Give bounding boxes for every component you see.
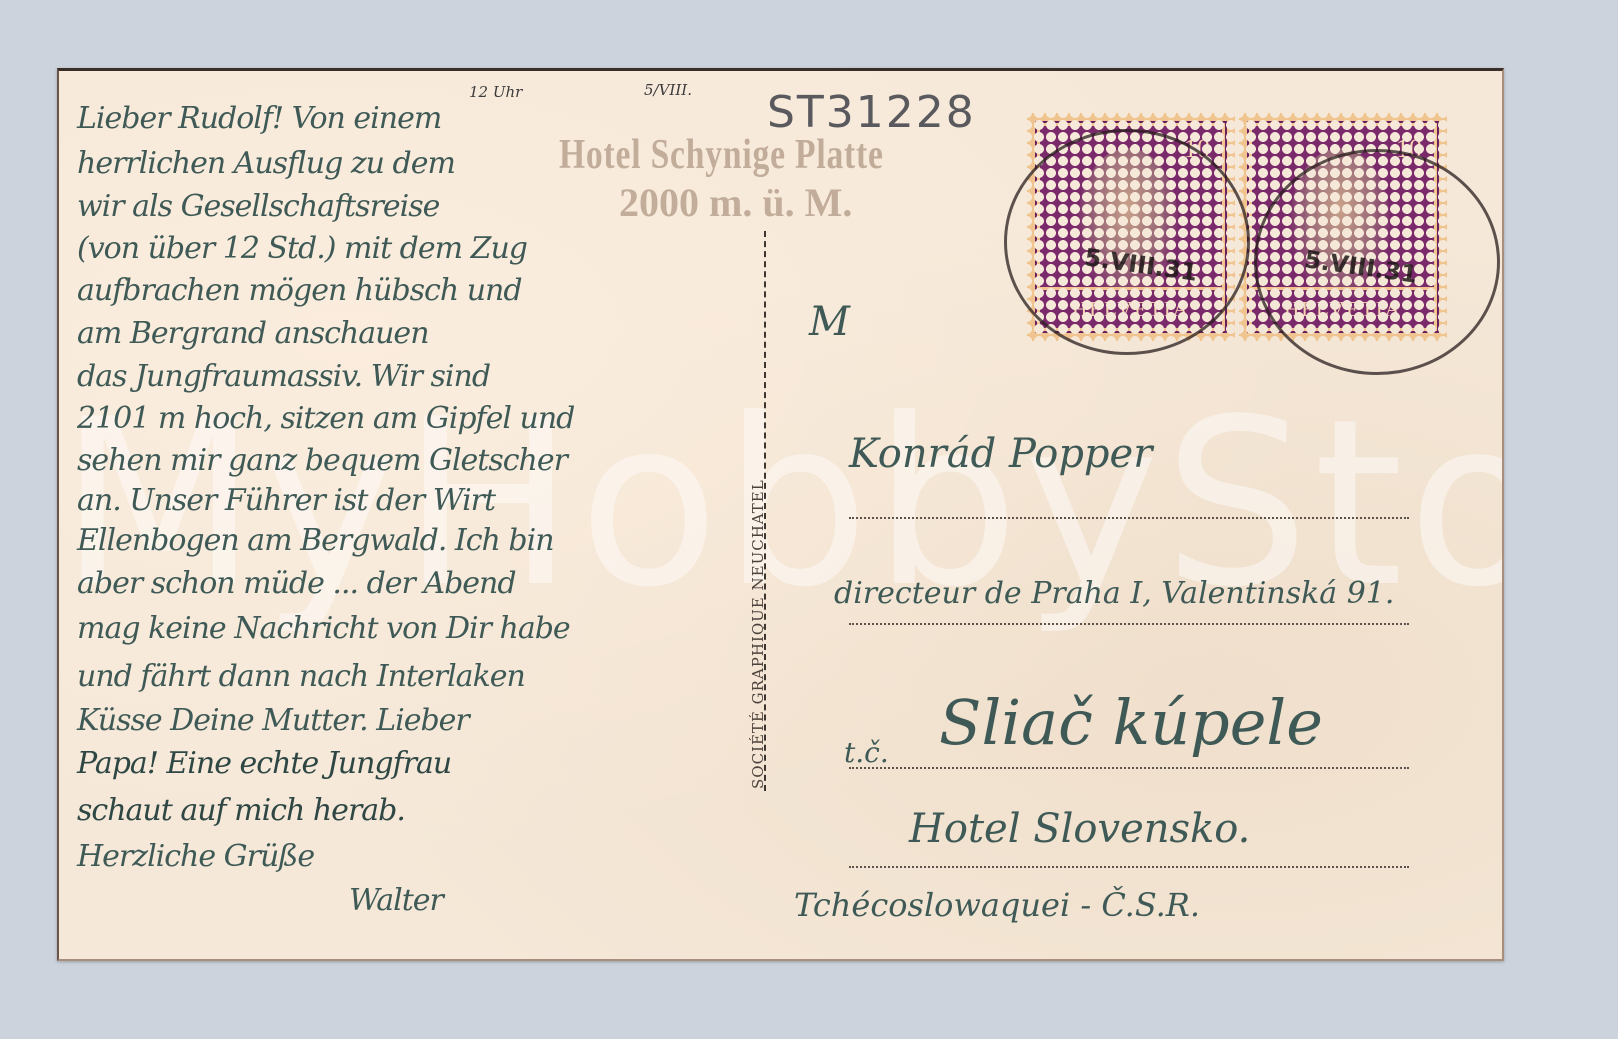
address-rule [849,517,1409,519]
message-line: an. Unser Führer ist der Wirt [77,483,495,518]
address-country: Tchécoslowaquei - Č.S.R. [794,886,1200,924]
message-line: aber schon müde ... der Abend [77,566,516,601]
message-line: und fährt dann nach Interlaken [77,659,525,694]
printer-imprint: SOCIÉTÉ GRAPHIQUE NEUCHATEL [749,479,767,789]
address-name: Konrád Popper [849,431,1152,477]
pencil-note-time: 12 Uhr [469,83,522,101]
address-line-2: directeur de Praha I, Valentinská 91. [834,576,1394,611]
message-line: herrlichen Ausflug zu dem [77,146,455,181]
address-line-3-prefix: t.č. [844,736,889,769]
address-city: Sliač kúpele [939,686,1323,759]
signature: Walter [349,883,443,918]
address-salutation: M [809,299,850,345]
message-line: schaut auf mich herab. [77,793,405,828]
message-line: mag keine Nachricht von Dir habe [77,611,570,646]
message-line: das Jungfraumassiv. Wir sind [77,359,490,394]
address-rule [849,767,1409,769]
address-rule [849,866,1409,868]
message-line: sehen mir ganz bequem Gletscher [77,443,567,478]
message-line: Papa! Eine echte Jungfrau [77,746,451,781]
message-line: aufbrachen mögen hübsch und [77,273,522,308]
pencil-note-date: 5/VIII. [644,81,692,99]
message-line: 2101 m hoch, sitzen am Gipfel und [77,401,574,436]
reference-number: ST31228 [767,87,976,138]
address-rule [849,623,1409,625]
hotel-stamp: Hotel Schynige Platte 2000 m. ü. M. [559,131,965,226]
message-line: wir als Gesellschaftsreise [77,189,439,224]
message-line: Lieber Rudolf! Von einem [77,101,441,136]
message-line: Küsse Deine Mutter. Lieber [77,703,469,738]
address-hotel: Hotel Slovensko. [909,806,1250,852]
message-line: Herzliche Grüße [77,839,314,874]
message-line: Ellenbogen am Bergwald. Ich bin [77,523,554,558]
postcard: MyHobbyStore Hotel Schynige Platte 2000 … [57,68,1504,961]
postmark-circle [1004,129,1250,355]
message-line: am Bergrand anschauen [77,316,429,351]
message-line: (von über 12 Std.) mit dem Zug [77,231,527,266]
